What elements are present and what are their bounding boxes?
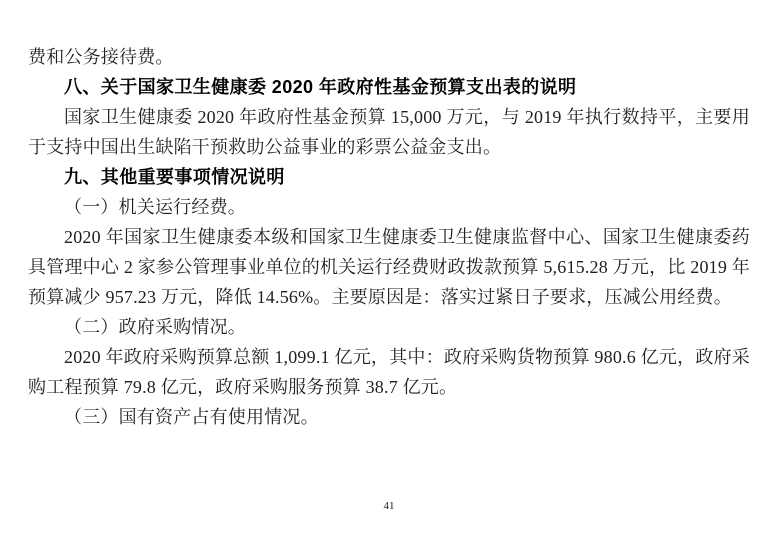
section-8-paragraph: 国家卫生健康委 2020 年政府性基金预算 15,000 万元，与 2019 年… xyxy=(28,102,750,162)
section-9-item-3-title: （三）国有资产占有使用情况。 xyxy=(28,402,750,432)
document-page: 费和公务接待费。 八、关于国家卫生健康委 2020 年政府性基金预算支出表的说明… xyxy=(0,0,760,554)
document-content: 费和公务接待费。 八、关于国家卫生健康委 2020 年政府性基金预算支出表的说明… xyxy=(28,42,750,432)
section-9-item-2-body: 2020 年政府采购预算总额 1,099.1 亿元，其中：政府采购货物预算 98… xyxy=(28,342,750,402)
section-9-item-1-body: 2020 年国家卫生健康委本级和国家卫生健康委卫生健康监督中心、国家卫生健康委药… xyxy=(28,222,750,312)
section-9-heading: 九、其他重要事项情况说明 xyxy=(28,162,750,192)
section-9-item-1-title: （一）机关运行经费。 xyxy=(28,192,750,222)
page-number: 41 xyxy=(28,499,750,513)
paragraph-continuation: 费和公务接待费。 xyxy=(28,42,750,72)
section-9-item-2-title: （二）政府采购情况。 xyxy=(28,312,750,342)
section-8-heading: 八、关于国家卫生健康委 2020 年政府性基金预算支出表的说明 xyxy=(28,72,750,102)
